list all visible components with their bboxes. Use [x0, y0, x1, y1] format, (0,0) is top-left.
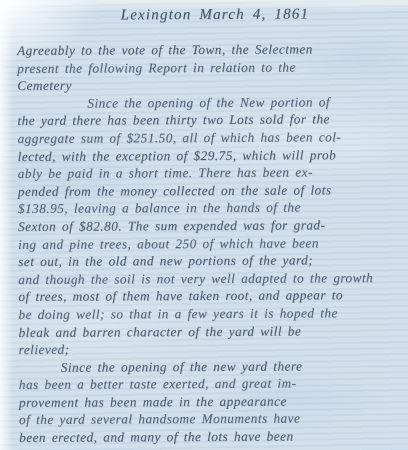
handwritten-line: relieved;: [19, 339, 408, 359]
handwritten-line: of trees, most of them have taken root, …: [18, 286, 408, 306]
handwritten-line: set out, in the old and new portions of …: [18, 251, 408, 271]
handwritten-line: Sexton of $82.80. The sum expended was f…: [18, 216, 408, 236]
handwritten-line: pended from the money collected on the s…: [18, 181, 408, 201]
handwritten-line: has been a better taste exerted, and gre…: [19, 374, 408, 394]
handwritten-line: Cemetery: [17, 75, 407, 95]
handwritten-line: provement has been made in the appearanc…: [19, 392, 408, 412]
handwritten-line: $138.95, leaving a balance in the hands …: [18, 198, 408, 218]
document-page: Lexington March 4, 1861 Agreeably to the…: [0, 0, 408, 450]
handwritten-line: ably be paid in a short time. There has …: [18, 163, 408, 183]
handwritten-line: bleak and barren character of the yard w…: [19, 321, 408, 341]
dateline: Lexington March 4, 1861: [0, 6, 407, 25]
handwritten-line: Since the opening of the New portion of: [17, 93, 407, 113]
handwritten-line: be doing well; so that in a few years it…: [18, 304, 408, 324]
handwritten-line: ing and pine trees, about 250 of which h…: [18, 233, 408, 253]
handwritten-line: and though the soil is not very well ada…: [18, 269, 408, 289]
handwritten-line: Since the opening of the new yard there: [19, 357, 408, 377]
handwritten-line: aggregate sum of $251.50, all of which h…: [17, 128, 407, 148]
handwritten-line: lected, with the exception of $29.75, wh…: [18, 145, 408, 165]
handwritten-line: of the yard several handsome Monuments h…: [19, 409, 408, 429]
manuscript-scan: { "document": { "dateline": "Lexington M…: [0, 0, 408, 450]
handwritten-line: present the following Report in relation…: [17, 58, 407, 78]
handwritten-line: been erected, and many of the lots have …: [19, 427, 408, 447]
handwritten-line: the yard there has been thirty two Lots …: [17, 110, 407, 130]
handwritten-line: Agreeably to the vote of the Town, the S…: [17, 40, 407, 60]
manuscript-body: Agreeably to the vote of the Town, the S…: [17, 40, 408, 447]
